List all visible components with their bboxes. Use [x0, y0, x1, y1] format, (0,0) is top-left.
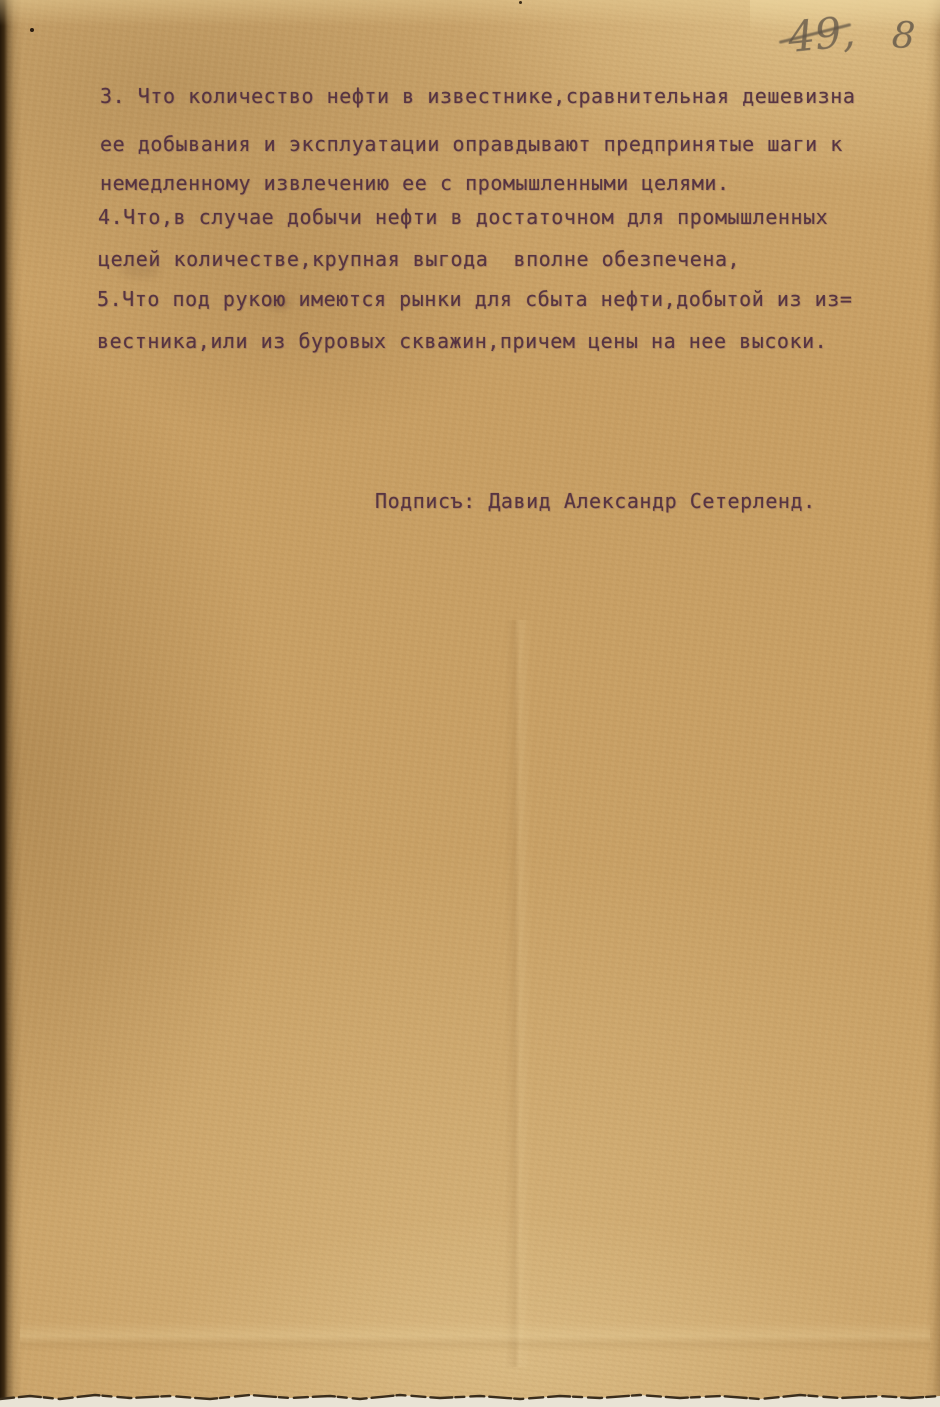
scanned-document: 49, 8 3. Что количество нефти в известни… — [0, 0, 940, 1407]
signature-line: Подписъ: Давид Александр Сетерленд. — [375, 488, 816, 514]
paper-speck — [30, 28, 34, 32]
horizontal-crease — [20, 1322, 930, 1352]
typewritten-line-p3-1: 3. Что количество нефти в известнике,сра… — [100, 83, 855, 109]
paper-left-edge-shadow — [0, 0, 22, 1407]
torn-bottom-edge — [0, 1387, 940, 1407]
typewritten-line-p4-1: 4.Что,в случае добычи нефти в достаточно… — [98, 204, 828, 230]
paper-sheet: 49, 8 3. Что количество нефти в известни… — [0, 0, 940, 1407]
typewritten-line-p3-2: ее добывания и эксплуатации оправдывают … — [100, 131, 843, 157]
typewritten-line-p3-3: немедленному извлечению ее с промышленны… — [100, 170, 730, 196]
typewritten-line-p4-2: целей количестве,крупная выгода вполне о… — [98, 246, 740, 272]
pencil-crossed-number: 49, — [786, 7, 858, 63]
pencil-page-number: 8 — [891, 15, 917, 57]
paper-right-edge-shadow — [926, 0, 940, 1407]
typewritten-line-p5-1: 5.Что под рукою имеются рынки для сбыта … — [97, 286, 852, 312]
vertical-crease — [505, 620, 531, 1367]
typewritten-line-p5-2: вестника,или из буровых скважин,причем ц… — [97, 328, 827, 354]
paper-speck — [519, 1, 522, 4]
